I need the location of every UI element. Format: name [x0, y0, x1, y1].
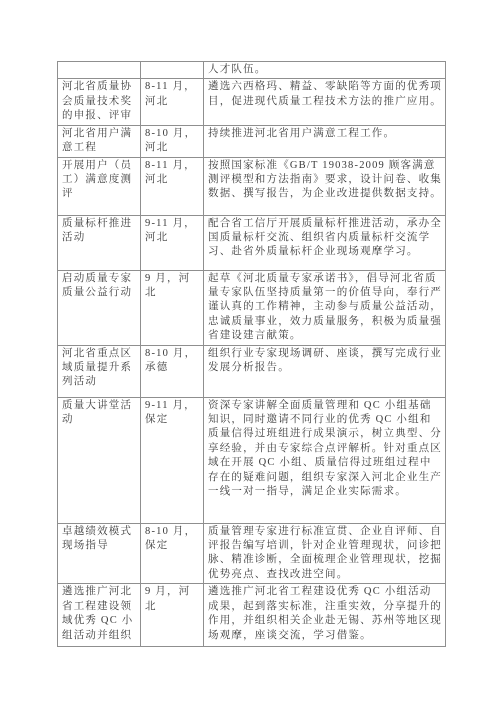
description-cell: 按照国家标准《GB/T 19038-2009 顾客满意测评模型和方法指南》要求，…	[204, 157, 446, 215]
description-cell: 质量管理专家进行标准宣贯、企业自评师、自评报告编写培训，针对企业管理现状，问诊把…	[204, 523, 446, 584]
table-row: 人才队伍。	[58, 62, 446, 79]
table-row: 启动质量专家质量公益行动 9 月，河北 起草《河北质量专家承诺书》，倡导河北省质…	[58, 270, 446, 345]
description-cell: 遴选推广河北省工程建设优秀 QC 小组活动成果，起到落实标准，注重实效，分享提升…	[204, 584, 446, 647]
description-cell: 资深专家讲解全面质量管理和 QC 小组基础知识，同时邀请不同行业的优秀 QC 小…	[204, 397, 446, 523]
description-cell: 人才队伍。	[204, 62, 446, 79]
time-cell: 8-10 月，保定	[141, 523, 204, 584]
activity-cell: 河北省质量协会质量技术奖的申报、评审	[58, 79, 141, 125]
activity-cell: 质量标杆推进活动	[58, 215, 141, 270]
table-row: 开展用户（员工）满意度测评 8-11 月，河北 按照国家标准《GB/T 1903…	[58, 157, 446, 215]
table-row: 质量大讲堂活动 9-11 月，保定 资深专家讲解全面质量管理和 QC 小组基础知…	[58, 397, 446, 523]
time-cell: 9 月，河北	[141, 584, 204, 647]
time-cell	[141, 62, 204, 79]
activity-cell: 河北省重点区域质量提升系列活动	[58, 345, 141, 397]
description-cell: 配合省工信厅开展质量标杆推进活动，承办全国质量标杆交流、组织省内质量标杆交流学习…	[204, 215, 446, 270]
time-cell: 9 月，河北	[141, 270, 204, 345]
description-cell: 组织行业专家现场调研、座谈，撰写完成行业发展分析报告。	[204, 345, 446, 397]
activity-cell: 遴选推广河北省工程建设领域优秀 QC 小组活动并组织	[58, 584, 141, 647]
activity-cell	[58, 62, 141, 79]
activity-cell: 河北省用户满意工程	[58, 125, 141, 157]
document-page: 人才队伍。 河北省质量协会质量技术奖的申报、评审 8-11 月，河北 遴选六西格…	[0, 0, 500, 707]
description-cell: 持续推进河北省用户满意工程工作。	[204, 125, 446, 157]
description-cell: 起草《河北质量专家承诺书》，倡导河北省质量专家队伍坚持质量第一的价值导向，奉行严…	[204, 270, 446, 345]
description-cell: 遴选六西格玛、精益、零缺陷等方面的优秀项目，促进现代质量工程技术方法的推广应用。	[204, 79, 446, 125]
time-cell: 8-11 月，河北	[141, 79, 204, 125]
activity-cell: 卓越绩效模式现场指导	[58, 523, 141, 584]
table-row: 河北省重点区域质量提升系列活动 8-10 月，承德 组织行业专家现场调研、座谈，…	[58, 345, 446, 397]
time-cell: 8-10 月，河北	[141, 125, 204, 157]
activity-cell: 开展用户（员工）满意度测评	[58, 157, 141, 215]
time-cell: 9-11 月，保定	[141, 397, 204, 523]
time-cell: 8-10 月，承德	[141, 345, 204, 397]
table-row: 河北省质量协会质量技术奖的申报、评审 8-11 月，河北 遴选六西格玛、精益、零…	[58, 79, 446, 125]
activity-cell: 质量大讲堂活动	[58, 397, 141, 523]
activity-cell: 启动质量专家质量公益行动	[58, 270, 141, 345]
table-row: 河北省用户满意工程 8-10 月，河北 持续推进河北省用户满意工程工作。	[58, 125, 446, 157]
table-row: 卓越绩效模式现场指导 8-10 月，保定 质量管理专家进行标准宣贯、企业自评师、…	[58, 523, 446, 584]
activity-schedule-table: 人才队伍。 河北省质量协会质量技术奖的申报、评审 8-11 月，河北 遴选六西格…	[57, 61, 446, 647]
time-cell: 8-11 月，河北	[141, 157, 204, 215]
table-row: 遴选推广河北省工程建设领域优秀 QC 小组活动并组织 9 月，河北 遴选推广河北…	[58, 584, 446, 647]
table-row: 质量标杆推进活动 9-11 月，河北 配合省工信厅开展质量标杆推进活动，承办全国…	[58, 215, 446, 270]
time-cell: 9-11 月，河北	[141, 215, 204, 270]
